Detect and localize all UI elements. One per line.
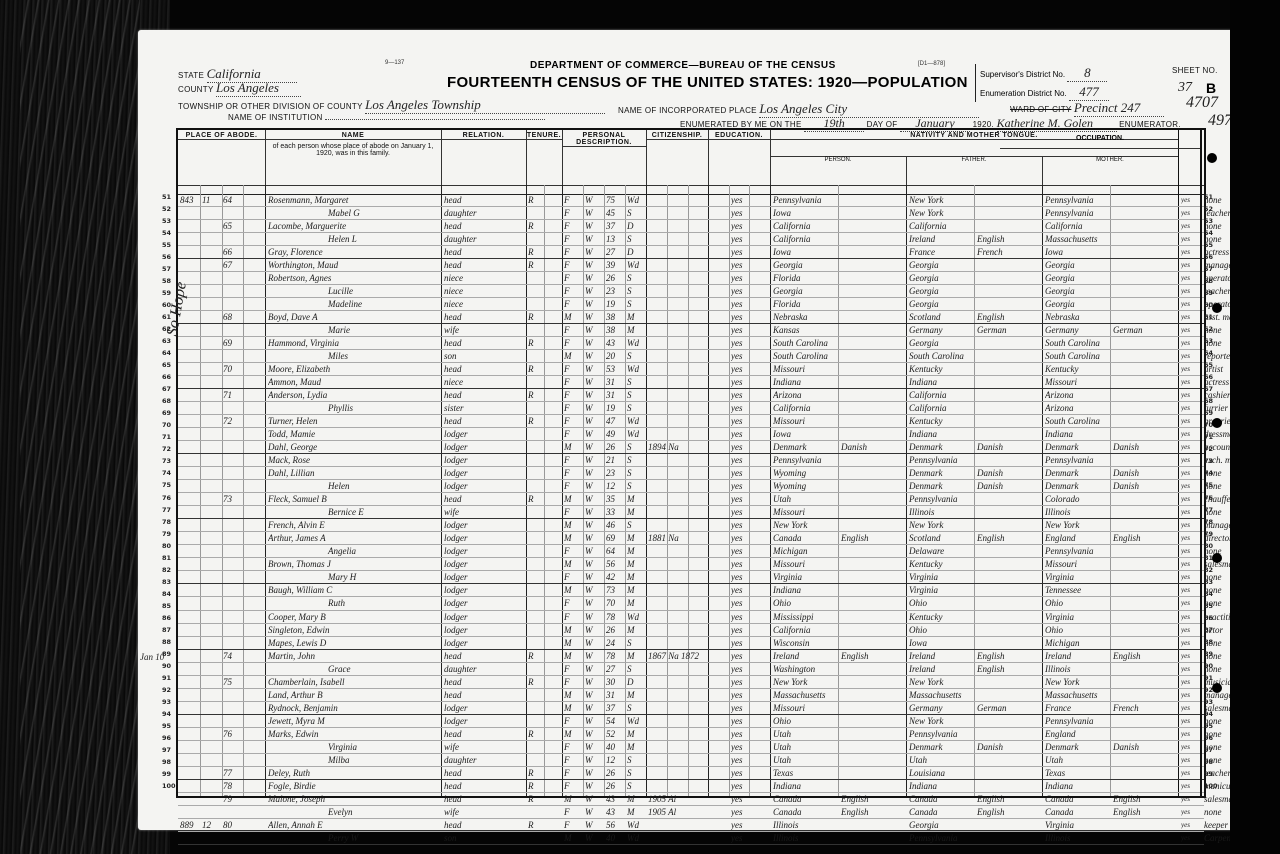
cell-tenure — [528, 624, 544, 636]
cell-immigration — [648, 689, 708, 701]
cell-father-birth: New York — [909, 207, 973, 219]
cell-english: yes — [731, 832, 767, 844]
cell-sex: M — [564, 532, 582, 544]
cell-name: Dahl, Lillian — [268, 467, 440, 479]
cell-father-birth: France — [909, 246, 973, 258]
cell-age: 42 — [606, 571, 624, 583]
cell-house — [202, 428, 222, 440]
cell-person-tongue — [841, 780, 905, 792]
cell-immigration — [648, 819, 708, 831]
cell-father-birth: Germany — [909, 324, 973, 336]
cell-house — [202, 597, 222, 609]
cell-relation: head — [444, 220, 524, 232]
cell-house — [202, 637, 222, 649]
cell-relation: head — [444, 246, 524, 258]
cell-race: W — [585, 220, 603, 232]
cell-english: yes — [731, 363, 767, 375]
cell-name: Worthington, Maud — [268, 259, 440, 271]
cell-english: yes — [731, 663, 767, 675]
cell-father-birth: Ireland — [909, 650, 973, 662]
col-citizenship: CITIZENSHIP. — [646, 130, 709, 185]
cell-street — [180, 637, 200, 649]
cell-race: W — [585, 663, 603, 675]
cell-age: 54 — [606, 715, 624, 727]
cell-english: yes — [731, 259, 767, 271]
cell-tenure — [528, 702, 544, 714]
cell-person-tongue — [841, 207, 905, 219]
line-number-right: 57 — [1204, 265, 1213, 273]
line-number-left: 70 — [162, 421, 171, 429]
cell-family — [223, 467, 243, 479]
cell-sex: F — [564, 194, 582, 206]
cell-person-tongue — [841, 259, 905, 271]
cell-house — [202, 389, 222, 401]
cell-age: 47 — [606, 415, 624, 427]
cell-relation: head — [444, 819, 524, 831]
cell-house — [202, 584, 222, 596]
line-number-right: 68 — [1204, 397, 1213, 405]
cell-person-birth: Utah — [773, 493, 837, 505]
cell-english: yes — [731, 207, 767, 219]
cell-race: W — [585, 676, 603, 688]
cell-family — [223, 637, 243, 649]
tenure-header: TENURE. — [526, 130, 562, 140]
cell-race: W — [585, 324, 603, 336]
cell-person-birth: Iowa — [773, 207, 837, 219]
cell-house — [202, 780, 222, 792]
cell-race: W — [585, 428, 603, 440]
cell-english: yes — [731, 597, 767, 609]
cell-person-birth: Georgia — [773, 259, 837, 271]
cell-person-birth: Georgia — [773, 285, 837, 297]
cell-age: 19 — [606, 298, 624, 310]
enumeration-district-label: Enumeration District No. — [980, 89, 1067, 98]
cell-relation: lodger — [444, 702, 524, 714]
sheet-number: 37 — [1178, 80, 1192, 96]
cell-tenure: R — [528, 337, 544, 349]
cell-person-tongue — [841, 506, 905, 518]
cell-person-birth: Kansas — [773, 324, 837, 336]
cell-relation: wife — [444, 324, 524, 336]
punch-hole — [1207, 153, 1217, 163]
cell-english: yes — [731, 506, 767, 518]
cell-name: Rosenmann, Margaret — [268, 194, 440, 206]
cell-sex: F — [564, 285, 582, 297]
cell-age: 43 — [606, 337, 624, 349]
cell-immigration — [648, 780, 708, 792]
cell-tenure — [528, 741, 544, 753]
cell-family — [223, 324, 243, 336]
cell-relation: head — [444, 194, 524, 206]
line-number-right: 96 — [1204, 734, 1213, 742]
cell-family — [223, 558, 243, 570]
cell-race: W — [585, 467, 603, 479]
cell-sex: F — [564, 428, 582, 440]
cell-house — [202, 311, 222, 323]
cell-tenure — [528, 689, 544, 701]
cell-name: Allen, Annah E — [268, 819, 440, 831]
line-number-left: 72 — [162, 445, 171, 453]
cell-name: Rydnock, Benjamin — [268, 702, 440, 714]
line-number-right: 67 — [1204, 385, 1213, 393]
cell-street — [180, 519, 200, 531]
cell-immigration — [648, 741, 708, 753]
cell-english2: yes — [1181, 806, 1203, 818]
cell-father-birth: Denmark — [909, 467, 973, 479]
cell-street — [180, 441, 200, 453]
cell-race: W — [585, 246, 603, 258]
cell-name: Cooper, Mary B — [268, 611, 440, 623]
cell-family: 70 — [223, 363, 243, 375]
cell-house — [202, 467, 222, 479]
cell-english: yes — [731, 376, 767, 388]
cell-father-birth: California — [909, 389, 973, 401]
cell-house — [202, 493, 222, 505]
cell-marital: S — [627, 207, 645, 219]
cell-tenure — [528, 637, 544, 649]
line-number-left: 74 — [162, 469, 171, 477]
cell-tenure: R — [528, 676, 544, 688]
cell-house — [202, 832, 222, 844]
cell-sex: M — [564, 793, 582, 805]
cell-person-birth: Washington — [773, 663, 837, 675]
line-number-left: 86 — [162, 614, 171, 622]
cell-age: 26 — [606, 767, 624, 779]
cell-relation: head — [444, 415, 524, 427]
cell-person-tongue — [841, 741, 905, 753]
cell-sex: F — [564, 389, 582, 401]
cell-relation: wife — [444, 806, 524, 818]
cell-person-tongue — [841, 298, 905, 310]
line-number-left: 71 — [162, 433, 171, 441]
cell-age: 31 — [606, 376, 624, 388]
cell-name: Jewett, Myra M — [268, 715, 440, 727]
cell-marital: Wd — [627, 194, 645, 206]
cell-street — [180, 715, 200, 727]
cell-person-tongue — [841, 467, 905, 479]
cell-family: 67 — [223, 259, 243, 271]
cell-person-birth: Denmark — [773, 441, 837, 453]
cell-immigration — [648, 363, 708, 375]
cell-marital: M — [627, 806, 645, 818]
line-number-left: 84 — [162, 590, 171, 598]
line-number-right: 93 — [1204, 698, 1213, 706]
cell-tenure — [528, 506, 544, 518]
name-header: NAME — [265, 130, 441, 140]
cell-age: 78 — [606, 611, 624, 623]
place-of-abode-header: PLACE OF ABODE. — [178, 130, 265, 140]
cell-house — [202, 272, 222, 284]
cell-father-birth: Illinois — [909, 506, 973, 518]
cell-name: Mapes, Lewis D — [268, 637, 440, 649]
cell-marital: S — [627, 298, 645, 310]
cell-immigration — [648, 832, 708, 844]
cell-father-birth: New York — [909, 676, 973, 688]
line-number-right: 77 — [1204, 506, 1213, 514]
cell-person-birth: Missouri — [773, 558, 837, 570]
cell-father-birth: Kentucky — [909, 363, 973, 375]
cell-english: yes — [731, 584, 767, 596]
cell-person-birth: Michigan — [773, 545, 837, 557]
cell-relation: head — [444, 767, 524, 779]
cell-tenure — [528, 663, 544, 675]
cell-sex: M — [564, 702, 582, 714]
stamp-number: 4707 — [1186, 94, 1218, 112]
cell-race: W — [585, 584, 603, 596]
cell-sex: F — [564, 402, 582, 414]
cell-english: yes — [731, 389, 767, 401]
line-number-right: 84 — [1204, 590, 1213, 598]
cell-marital: S — [627, 767, 645, 779]
cell-age: 31 — [606, 689, 624, 701]
line-number-right: 66 — [1204, 373, 1213, 381]
cell-name: Malone, Joseph — [268, 793, 440, 805]
cell-sex: F — [564, 480, 582, 492]
cell-marital: M — [627, 558, 645, 570]
cell-marital: S — [627, 663, 645, 675]
cell-immigration: 1881 Na — [648, 532, 708, 544]
cell-english: yes — [731, 532, 767, 544]
cell-race: W — [585, 819, 603, 831]
cell-tenure — [528, 376, 544, 388]
cell-street — [180, 832, 200, 844]
cell-english: yes — [731, 767, 767, 779]
cell-family — [223, 689, 243, 701]
cell-street — [180, 259, 200, 271]
cell-person-birth: Ireland — [773, 650, 837, 662]
district-box: Supervisor's District No. 8 Enumeration … — [975, 64, 1109, 102]
cell-person-birth: Iowa — [773, 246, 837, 258]
col-personal: PERSONAL DESCRIPTION. — [562, 130, 647, 185]
cell-english: yes — [731, 233, 767, 245]
cell-immigration — [648, 246, 708, 258]
cell-father-birth: Georgia — [909, 337, 973, 349]
cell-english: yes — [731, 480, 767, 492]
cell-person-birth: Utah — [773, 741, 837, 753]
cell-race: W — [585, 506, 603, 518]
film-edge-right — [1230, 0, 1280, 854]
line-number-right: 98 — [1204, 758, 1213, 766]
cell-marital: M — [627, 584, 645, 596]
cell-mother-tongue — [1113, 819, 1177, 831]
line-number-right: 63 — [1204, 337, 1213, 345]
person-label: PERSON. — [824, 157, 851, 163]
cell-english: yes — [731, 611, 767, 623]
cell-marital: S — [627, 480, 645, 492]
cell-street — [180, 467, 200, 479]
cell-street — [180, 454, 200, 466]
township-label: Township or other division of county — [178, 102, 363, 111]
cell-english: yes — [731, 441, 767, 453]
cell-family: 73 — [223, 493, 243, 505]
cell-tenure — [528, 454, 544, 466]
cell-father-birth: South Carolina — [909, 350, 973, 362]
cell-tenure — [528, 324, 544, 336]
cell-family — [223, 597, 243, 609]
cell-race: W — [585, 441, 603, 453]
cell-father-birth: Pennsylvania — [909, 454, 973, 466]
cell-marital: D — [627, 676, 645, 688]
cell-family — [223, 806, 243, 818]
cell-immigration — [648, 194, 708, 206]
cell-father-birth: New York — [909, 715, 973, 727]
cell-tenure: R — [528, 311, 544, 323]
cell-house — [202, 741, 222, 753]
cell-age: 56 — [606, 819, 624, 831]
sheet-side: B — [1206, 80, 1216, 96]
cell-house — [202, 506, 222, 518]
cell-marital: Wd — [627, 715, 645, 727]
cell-person-birth: Wyoming — [773, 467, 837, 479]
cell-marital: S — [627, 402, 645, 414]
cell-english2: yes — [1181, 819, 1203, 831]
department-title: DEPARTMENT OF COMMERCE—BUREAU OF THE CEN… — [530, 60, 836, 71]
line-number-right: 88 — [1204, 638, 1213, 646]
cell-race: W — [585, 415, 603, 427]
line-number-left: 99 — [162, 770, 171, 778]
punch-hole — [1212, 683, 1222, 693]
cell-marital: M — [627, 324, 645, 336]
cell-name: Martin, John — [268, 650, 440, 662]
cell-name: Ammon, Maud — [268, 376, 440, 388]
township-field: Township or other division of county Los… — [178, 97, 605, 114]
cell-street — [180, 597, 200, 609]
cell-age: 19 — [606, 402, 624, 414]
cell-person-tongue — [841, 350, 905, 362]
cell-marital: S — [627, 389, 645, 401]
cell-immigration — [648, 584, 708, 596]
ward-label: Ward of city — [1010, 105, 1071, 114]
cell-age: 64 — [606, 545, 624, 557]
cell-house — [202, 363, 222, 375]
cell-immigration — [648, 428, 708, 440]
cell-house — [202, 558, 222, 570]
cell-english: yes — [731, 741, 767, 753]
cell-tenure: R — [528, 728, 544, 740]
cell-sex: F — [564, 337, 582, 349]
cell-street — [180, 689, 200, 701]
cell-person-birth: South Carolina — [773, 350, 837, 362]
cell-english: yes — [731, 545, 767, 557]
cell-person-tongue — [841, 689, 905, 701]
punch-hole — [1212, 553, 1222, 563]
cell-person-birth: Canada — [773, 532, 837, 544]
line-number-left: 68 — [162, 397, 171, 405]
census-title: FOURTEENTH CENSUS OF THE UNITED STATES: … — [447, 74, 968, 91]
cell-person-birth: South Carolina — [773, 337, 837, 349]
cell-street — [180, 806, 200, 818]
line-number-left: 92 — [162, 686, 171, 694]
cell-person-birth: New York — [773, 519, 837, 531]
line-number-right: 75 — [1204, 481, 1213, 489]
line-number-left: 63 — [162, 337, 171, 345]
cell-age: 43 — [606, 793, 624, 805]
line-number-right: 52 — [1204, 205, 1213, 213]
cell-person-tongue: English — [841, 806, 905, 818]
cell-street — [180, 428, 200, 440]
cell-house — [202, 337, 222, 349]
cell-age: 45 — [606, 207, 624, 219]
cell-name: Deley, Ruth — [268, 767, 440, 779]
cell-immigration — [648, 715, 708, 727]
line-number-left: 78 — [162, 518, 171, 526]
line-number-right: 79 — [1204, 530, 1213, 538]
cell-person-tongue — [841, 663, 905, 675]
cell-age: 69 — [606, 532, 624, 544]
cell-person-birth: Virginia — [773, 571, 837, 583]
cell-family — [223, 611, 243, 623]
line-number-left: 58 — [162, 277, 171, 285]
incorporated-place-label: Name of incorporated place — [618, 106, 757, 115]
cell-name: Gray, Florence — [268, 246, 440, 258]
cell-marital: M — [627, 597, 645, 609]
line-number-right: 80 — [1204, 542, 1213, 550]
cell-sex: M — [564, 311, 582, 323]
cell-person-birth: Texas — [773, 767, 837, 779]
cell-mother-tongue — [1113, 832, 1177, 844]
cell-sex: F — [564, 676, 582, 688]
cell-english: yes — [731, 571, 767, 583]
cell-mother-birth: Virginia — [1045, 819, 1109, 831]
cell-house — [202, 650, 222, 662]
cell-immigration — [648, 311, 708, 323]
cell-person-tongue — [841, 702, 905, 714]
cell-family — [223, 402, 243, 414]
cell-street — [180, 363, 200, 375]
cell-family — [223, 532, 243, 544]
cell-immigration — [648, 259, 708, 271]
cell-person-birth: Indiana — [773, 780, 837, 792]
cell-street — [180, 220, 200, 232]
cell-race: W — [585, 532, 603, 544]
cell-race: W — [585, 767, 603, 779]
cell-sex: F — [564, 220, 582, 232]
cell-father-birth: Georgia — [909, 819, 973, 831]
cell-street — [180, 558, 200, 570]
col-name: NAMEof each person whose place of abode … — [265, 130, 442, 185]
cell-house — [202, 519, 222, 531]
cell-marital: Wd — [627, 428, 645, 440]
cell-marital: D — [627, 220, 645, 232]
line-number-left: 91 — [162, 674, 171, 682]
cell-house — [202, 611, 222, 623]
punch-hole — [1212, 418, 1222, 428]
cell-house — [202, 441, 222, 453]
line-number-left: 80 — [162, 542, 171, 550]
cell-english: yes — [731, 467, 767, 479]
cell-family — [223, 754, 243, 766]
ward-value: Precinct 247 — [1074, 100, 1164, 117]
cell-street — [180, 650, 200, 662]
cell-immigration — [648, 624, 708, 636]
cell-relation: head — [444, 389, 524, 401]
cell-father-birth: Indiana — [909, 780, 973, 792]
cell-race: W — [585, 233, 603, 245]
cell-house — [202, 689, 222, 701]
cell-age: 37 — [606, 220, 624, 232]
cell-tenure — [528, 584, 544, 596]
cell-father-birth: Georgia — [909, 298, 973, 310]
cell-family — [223, 715, 243, 727]
cell-english: yes — [731, 676, 767, 688]
cell-immigration — [648, 597, 708, 609]
cell-house — [202, 246, 222, 258]
cell-relation: daughter — [444, 233, 524, 245]
line-number-left: 64 — [162, 349, 171, 357]
supervisor-district-value: 8 — [1067, 64, 1107, 82]
line-number-right: 78 — [1204, 518, 1213, 526]
enumeration-district-value: 477 — [1069, 83, 1109, 101]
